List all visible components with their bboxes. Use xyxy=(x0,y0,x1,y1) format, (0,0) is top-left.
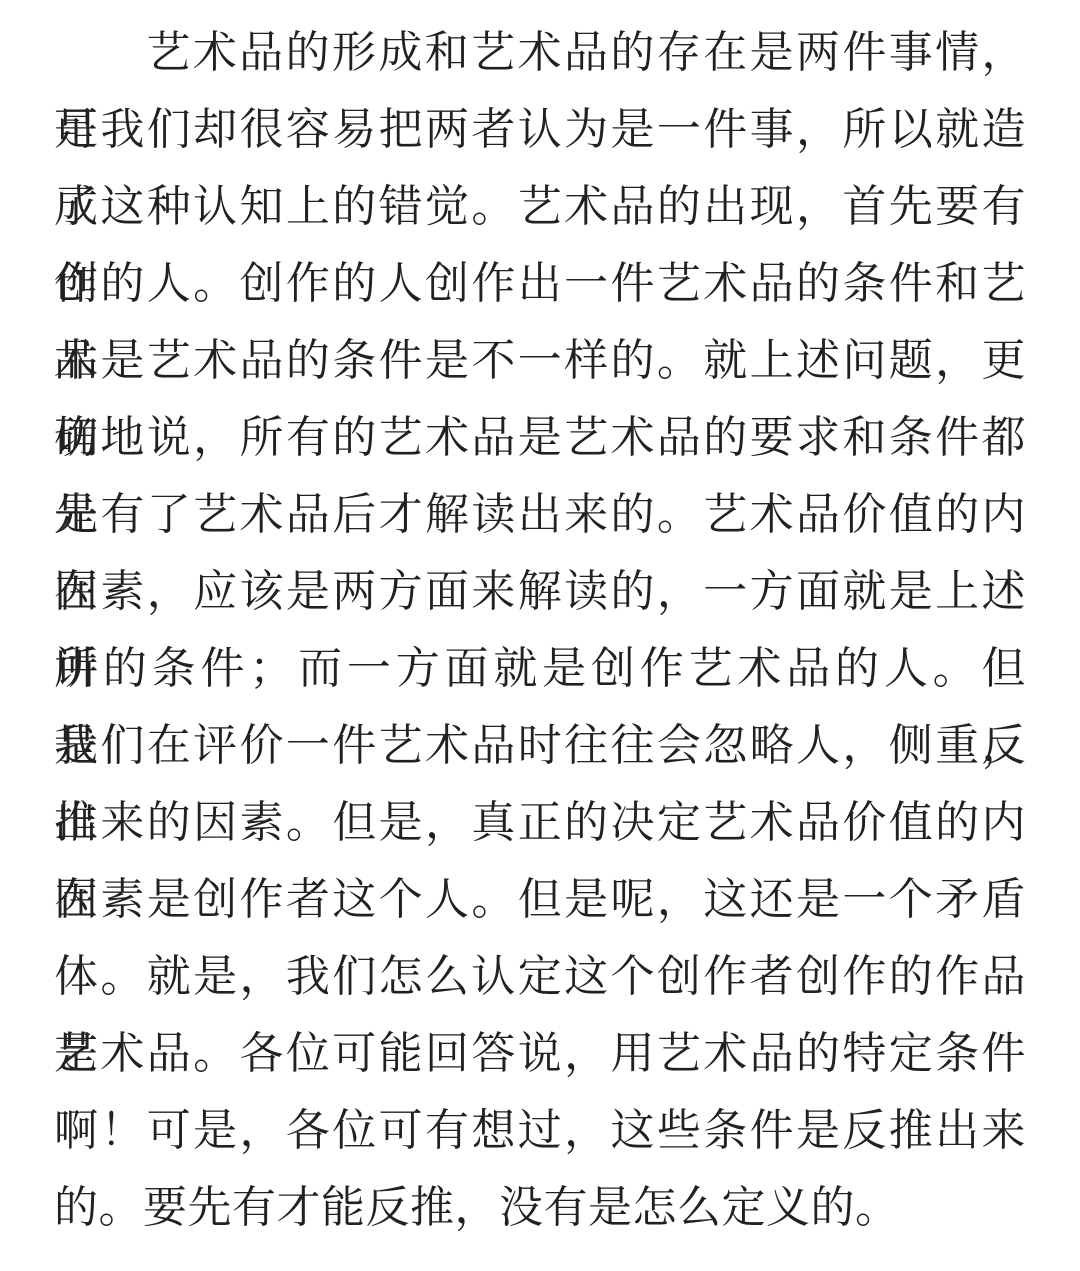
text-line: 出来的因素。但是，真正的决定艺术品价值的内在 xyxy=(54,784,1026,861)
text-line: 啊！可是，各位可有想过，这些条件是反推出来 xyxy=(54,1092,1026,1169)
text-line: 切地说，所有的艺术品是艺术品的要求和条件都是 xyxy=(54,399,1026,476)
text-line: 了这种认知上的错觉。艺术品的出现，首先要有创 xyxy=(54,168,1026,245)
text-line: 我们在评价一件艺术品时往往会忽略人，侧重反推 xyxy=(54,707,1026,784)
text-line: 品是艺术品的条件是不一样的。就上述问题，更确 xyxy=(54,322,1026,399)
text-line: 的。要先有才能反推，没有是怎么定义的。 xyxy=(54,1169,1026,1246)
text-line: 体。就是，我们怎么认定这个创作者创作的作品是 xyxy=(54,938,1026,1015)
text-line: 艺术品。各位可能回答说，用艺术品的特定条件 xyxy=(54,1015,1026,1092)
text-line: 作的人。创作的人创作出一件艺术品的条件和艺术 xyxy=(54,245,1026,322)
text-line: 因素是创作者这个人。但是呢，这还是一个矛盾 xyxy=(54,861,1026,938)
text-line: 艺术品的形成和艺术品的存在是两件事情，可 xyxy=(54,14,1026,91)
text-line: 因素，应该是两方面来解读的，一方面就是上述所 xyxy=(54,553,1026,630)
text-line: 是我们却很容易把两者认为是一件事，所以就造成 xyxy=(54,91,1026,168)
paragraph: 艺术品的形成和艺术品的存在是两件事情，可是我们却很容易把两者认为是一件事，所以就… xyxy=(54,14,1026,1246)
document-page: 艺术品的形成和艺术品的存在是两件事情，可是我们却很容易把两者认为是一件事，所以就… xyxy=(0,0,1080,1271)
text-line: 先有了艺术品后才解读出来的。艺术品价值的内在 xyxy=(54,476,1026,553)
text-line: 讲的条件；而一方面就是创作艺术品的人。但是， xyxy=(54,630,1026,707)
